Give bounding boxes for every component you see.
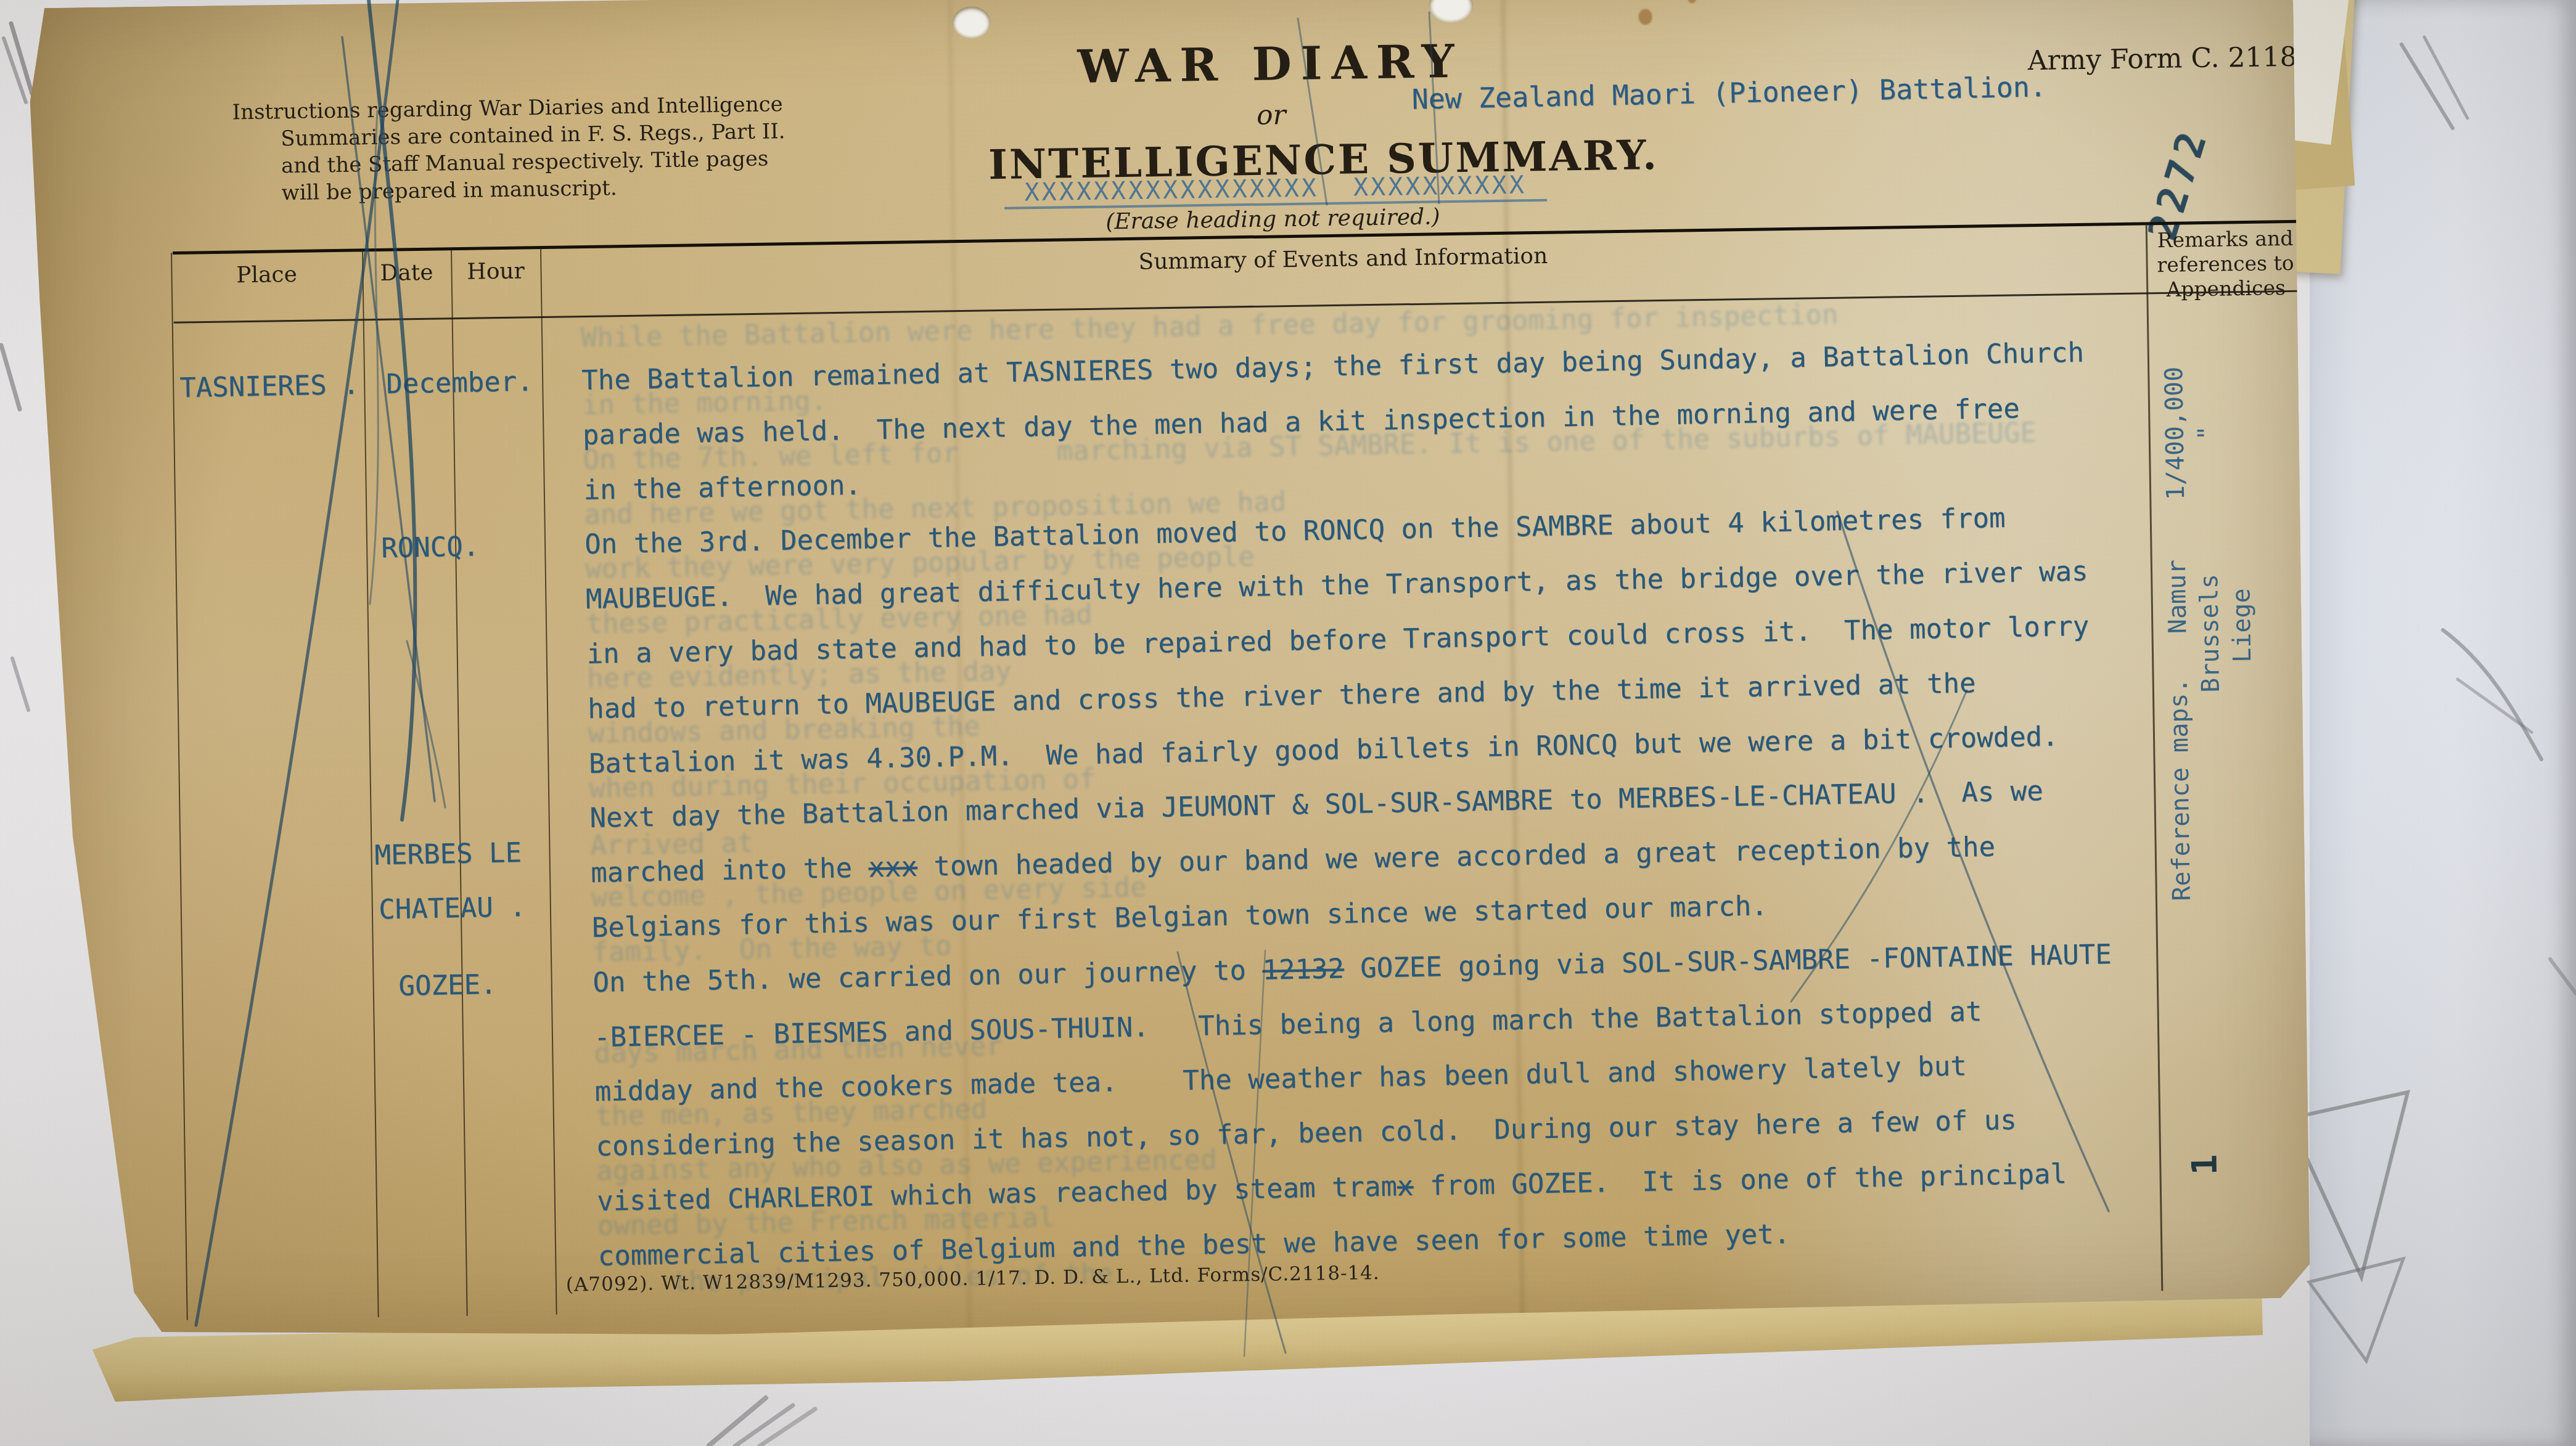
war-diary-sheet: Instructions regarding War Diaries and I… <box>24 0 2313 1344</box>
place-label: MERBES LE <box>374 837 522 871</box>
bleed-through-text: family. On the way to <box>592 930 952 968</box>
diary-body: The Battalion remained at TASNIERES two … <box>23 0 2316 1347</box>
bleed-through-text: days march and then never <box>594 1031 1003 1069</box>
reference-maps-note: Reference maps. Namur 1/400,000 Brussels… <box>2158 366 2262 901</box>
place-label: TASNIERES . <box>179 369 359 404</box>
struck-text: 12132 <box>1262 953 1344 986</box>
date-label: December. <box>386 366 533 400</box>
backing-sheet-right <box>2310 0 2576 1446</box>
place-label: GOZEE. <box>398 969 497 1002</box>
struck-text: x <box>1397 1170 1413 1202</box>
page-number: 1 <box>2184 1154 2225 1175</box>
war-diary-photograph: Instructions regarding War Diaries and I… <box>0 0 2576 1446</box>
diary-text: GOZEE going via SOL-SUR-SAMBRE -FONTAINE… <box>1343 939 2112 984</box>
diary-text: from GOZEE. It is one of the principal <box>1413 1158 2067 1202</box>
bleed-through-text: Arrived at <box>590 827 754 862</box>
bleed-through-text: in the morning. <box>582 385 827 421</box>
place-label: RONCQ. <box>381 531 480 565</box>
place-label: CHATEAU . <box>379 891 526 925</box>
